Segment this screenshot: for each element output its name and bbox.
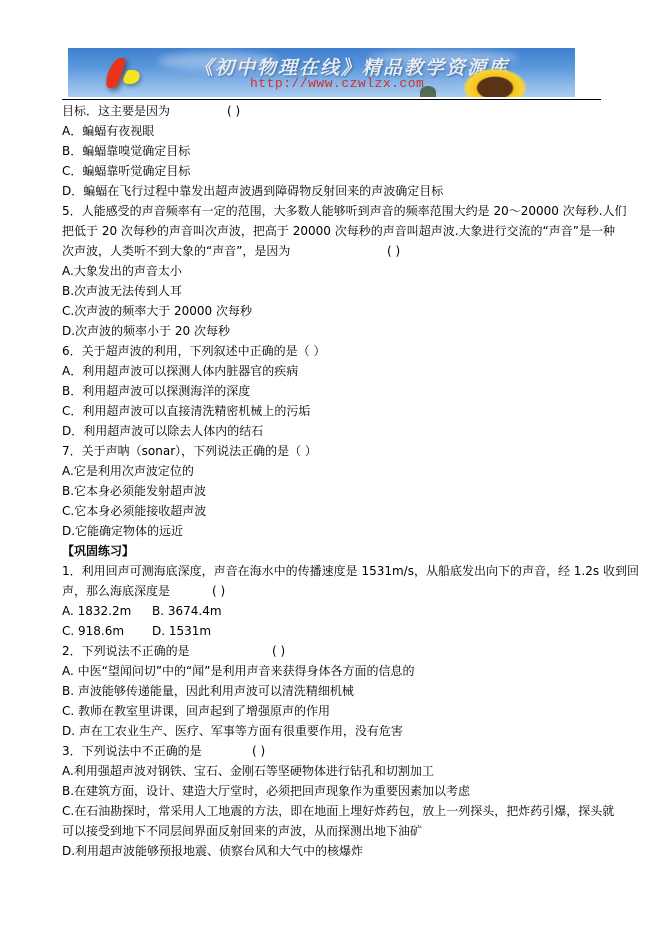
- option-b: B.在建筑方面，设计、建造大厅堂时，必须把回声现象作为重要因素加以考虑: [62, 781, 602, 801]
- option-c: C. 教师在教室里讲课，回声起到了增强原声的作用: [62, 701, 602, 721]
- option-a: A. 中医“望闻问切”中的“闻”是利用声音来获得身体各方面的信息的: [62, 661, 602, 681]
- answer-blank: ( ): [252, 741, 265, 761]
- question-text: 目标．这主要是因为: [62, 104, 170, 118]
- option-a: A．利用超声波可以探测人体内脏器官的疾病: [62, 361, 602, 381]
- option-b: B．利用超声波可以探测海洋的深度: [62, 381, 602, 401]
- option-c: C.次声波的频率大于 20000 次每秒: [62, 301, 602, 321]
- answer-blank: ( ): [227, 101, 240, 121]
- option-c-continued: 可以接受到地下不同层间界面反射回来的声波，从而探测出地下油矿: [62, 821, 602, 841]
- sunflower-icon: [463, 68, 527, 97]
- header-banner: 《初中物理在线》精品教学资源库 http://www.czwlzx.com: [68, 48, 575, 97]
- option-d: D.利用超声波能够预报地震、侦察台风和大气中的核爆炸: [62, 841, 602, 861]
- question-text: 次声波，人类听不到大象的“声音”，是因为: [62, 244, 290, 258]
- option-d: D. 1531m: [152, 621, 211, 641]
- option-c: C．利用超声波可以直接清洗精密机械上的污垢: [62, 401, 602, 421]
- question-stem-line: 把低于 20 次每秒的声音叫次声波，把高于 20000 次每秒的声音叫超声波.大…: [62, 221, 602, 241]
- question-stem-line: 次声波，人类听不到大象的“声音”，是因为 ( ): [62, 241, 602, 261]
- question-stem-line: 声，那么海底深度是 ( ): [62, 581, 602, 601]
- logo-yellow-shape-icon: [121, 70, 144, 84]
- option-d: D.次声波的频率小于 20 次每秒: [62, 321, 602, 341]
- option-b: B.它本身必须能发射超声波: [62, 481, 602, 501]
- answer-blank: ( ): [272, 641, 285, 661]
- option-a: A. 1832.2m: [62, 604, 131, 618]
- question-stem: 2．下列说法不正确的是 ( ): [62, 641, 602, 661]
- answer-blank: ( ): [212, 581, 225, 601]
- option-d: D. 声在工农业生产、医疗、军事等方面有很重要作用，没有危害: [62, 721, 602, 741]
- question-stem: 目标．这主要是因为 ( ): [62, 101, 602, 121]
- question-stem-line: 5．人能感受的声音频率有一定的范围，大多数人能够听到声音的频率范围大约是 20～…: [62, 201, 602, 221]
- banner-url: http://www.czwlzx.com: [250, 76, 424, 91]
- section-heading: 【巩固练习】: [62, 541, 602, 561]
- question-stem-line: 1．利用回声可测海底深度，声音在海水中的传播速度是 1531m/s，从船底发出向…: [62, 561, 602, 581]
- question-stem: 6．关于超声波的利用，下列叙述中正确的是（ ）: [62, 341, 602, 361]
- header-rule: [62, 99, 601, 100]
- option-c: C.在石油勘探时，常采用人工地震的方法，即在地面上埋好炸药包，放上一列探头，把炸…: [62, 801, 602, 821]
- question-text: 2．下列说法不正确的是: [62, 644, 190, 658]
- question-stem: 7．关于声呐（sonar），下列说法正确的是（ ）: [62, 441, 602, 461]
- answer-blank: ( ): [387, 241, 400, 261]
- option-row: A. 1832.2m B. 3674.4m: [62, 601, 602, 621]
- option-c: C. 918.6m: [62, 624, 124, 638]
- option-c: C.它本身必须能接收超声波: [62, 501, 602, 521]
- question-text: 3．下列说法中不正确的是: [62, 744, 202, 758]
- option-b: B．蝙蝠靠嗅觉确定目标: [62, 141, 602, 161]
- option-d: D.它能确定物体的远近: [62, 521, 602, 541]
- sunflower-leaf-decoration: [420, 86, 436, 97]
- option-b: B. 声波能够传递能量，因此利用声波可以清洗精细机械: [62, 681, 602, 701]
- option-b: B.次声波无法传到人耳: [62, 281, 602, 301]
- option-row: C. 918.6m D. 1531m: [62, 621, 602, 641]
- question-stem: 3．下列说法中不正确的是 ( ): [62, 741, 602, 761]
- document-body: 目标．这主要是因为 ( ) A．蝙蝠有夜视眼 B．蝙蝠靠嗅觉确定目标 C．蝙蝠靠…: [62, 101, 602, 861]
- option-d: D．利用超声波可以除去人体内的结石: [62, 421, 602, 441]
- option-a: A.利用强超声波对钢铁、宝石、金刚石等坚硬物体进行钻孔和切割加工: [62, 761, 602, 781]
- option-a: A.它是利用次声波定位的: [62, 461, 602, 481]
- option-c: C．蝙蝠靠听觉确定目标: [62, 161, 602, 181]
- option-b: B. 3674.4m: [152, 601, 222, 621]
- option-d: D．蝙蝠在飞行过程中靠发出超声波遇到障碍物反射回来的声波确定目标: [62, 181, 602, 201]
- option-a: A.大象发出的声音太小: [62, 261, 602, 281]
- question-text: 声，那么海底深度是: [62, 584, 170, 598]
- logo-red-shape-icon: [103, 58, 127, 88]
- option-a: A．蝙蝠有夜视眼: [62, 121, 602, 141]
